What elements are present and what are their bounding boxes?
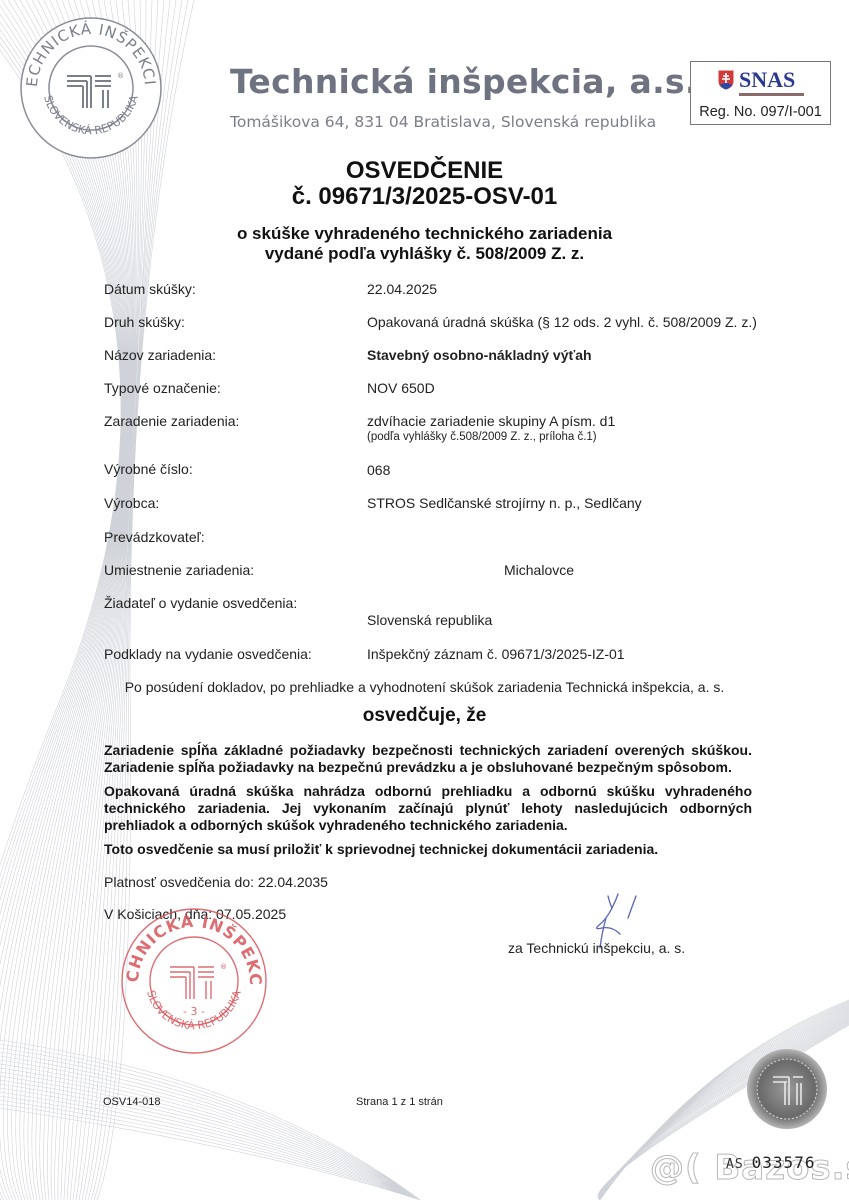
field-value-location: Michalovce [504, 562, 574, 578]
field-label-applicant: Žiadateľ o vydanie osvedčenia: [104, 595, 297, 611]
statement-paragraph-3: Toto osvedčenie sa musí priložiť k sprie… [104, 841, 752, 858]
svg-text:®: ® [220, 963, 227, 971]
field-label-test-date: Dátum skúšky: [104, 281, 196, 297]
page-info: Strana 1 z 1 strán [356, 1096, 443, 1108]
document-subtitle-1: o skúške vyhradeného technického zariade… [0, 224, 849, 244]
intro-text: Po posúdení dokladov, po prehliadke a vy… [0, 679, 849, 695]
field-value-manufacturer: STROS Sedlčanské strojírny n. p., Sedlča… [367, 495, 642, 511]
field-label-classification: Zaradenie zariadenia: [104, 413, 239, 429]
accreditation-badge: SNAS Reg. No. 097/I-001 [690, 61, 831, 125]
organization-name: Technická inšpekcia, a.s. [230, 62, 698, 101]
field-label-type-designation: Typové označenie: [104, 380, 221, 396]
document-title: OSVEDČENIE [0, 157, 849, 185]
form-code: OSV14-018 [103, 1096, 160, 1108]
snas-logo-text: SNAS [739, 67, 795, 93]
company-seal-icon: TECHNICKÁ INŠPEKCIA SLOVENSKÁ REPUBLIKA … [15, 12, 167, 164]
field-note-classification: (podľa vyhlášky č.508/2009 Z. z., príloh… [367, 431, 597, 443]
statement-paragraph-2: Opakovaná úradná skúška nahrádza odbornú… [104, 783, 752, 834]
field-value-test-date: 22.04.2025 [367, 281, 437, 297]
field-label-documents: Podklady na vydanie osvedčenia: [104, 646, 312, 662]
svg-text:TECHNICKÁ INŠPEKCIA: TECHNICKÁ INŠPEKCIA [118, 905, 265, 987]
form-serial-number: AS033576 [726, 1153, 815, 1172]
accreditation-reg-no: Reg. No. 097/I-001 [691, 104, 830, 120]
field-value-applicant: Slovenská republika [367, 612, 492, 628]
serial-digits: 033576 [752, 1153, 816, 1172]
snas-underline [739, 93, 804, 96]
field-value-serial-number: 068 [367, 462, 390, 478]
validity-date: Platnosť osvedčenia do: 22.04.2035 [104, 874, 328, 890]
certificate-number: č. 09671/3/2025-OSV-01 [0, 183, 849, 211]
field-label-operator: Prevádzkovateľ: [104, 529, 205, 545]
official-stamp-icon: TECHNICKÁ INŠPEKCIA SLOVENSKÁ REPUBLIKA … [118, 905, 270, 1057]
field-label-serial-number: Výrobné číslo: [104, 461, 193, 477]
field-label-location: Umiestnenie zariadenia: [104, 562, 254, 578]
field-label-device-name: Názov zariadenia: [104, 347, 216, 363]
field-label-manufacturer: Výrobca: [104, 495, 159, 511]
signatory-text: za Technickú inšpekciu, a. s. [508, 940, 685, 956]
field-label-test-type: Druh skúšky: [104, 314, 185, 330]
field-value-device-name: Stavebný osobno-nákladný výťah [367, 347, 592, 363]
slovak-shield-icon [717, 69, 735, 91]
organization-address: Tomášikova 64, 831 04 Bratislava, Sloven… [230, 113, 656, 131]
hologram-seal-icon [745, 1047, 829, 1131]
statement-paragraph-1: Zariadenie spĺňa základné požiadavky bez… [104, 742, 752, 776]
serial-prefix: AS [726, 1157, 744, 1172]
certifies-heading: osvedčuje, že [0, 705, 849, 727]
field-value-type-designation: NOV 650D [367, 380, 435, 396]
field-value-test-type: Opakovaná úradná skúška (§ 12 ods. 2 vyh… [367, 314, 757, 330]
field-value-documents: Inšpekčný záznam č. 09671/3/2025-IZ-01 [367, 646, 625, 662]
document-subtitle-2: vydané podľa vyhlášky č. 508/2009 Z. z. [0, 244, 849, 264]
svg-text:®: ® [117, 72, 124, 80]
field-value-classification: zdvíhacie zariadenie skupiny A písm. d1 [367, 413, 615, 429]
svg-text:- 3 -: - 3 - [183, 1005, 205, 1018]
